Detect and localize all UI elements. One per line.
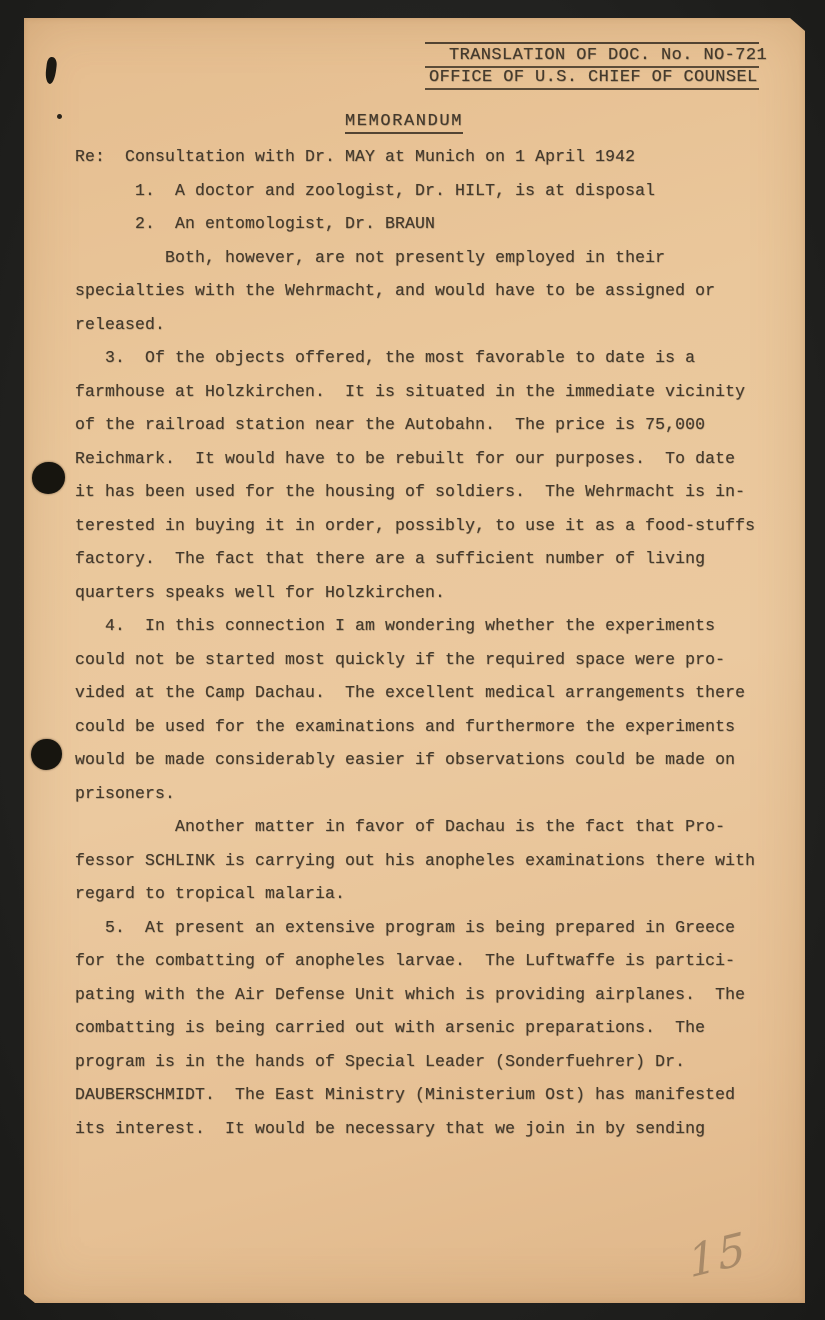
- memo-line: 1. A doctor and zoologist, Dr. HILT, is …: [75, 174, 787, 208]
- memo-line: 3. Of the objects offered, the most favo…: [75, 341, 787, 375]
- memo-line: 2. An entomologist, Dr. BRAUN: [75, 207, 787, 241]
- translation-header: TRANSLATION OF DOC. No. NO-721 OFFICE OF…: [425, 42, 759, 90]
- memo-line: vided at the Camp Dachau. The excellent …: [75, 676, 787, 710]
- memo-line: could not be started most quickly if the…: [75, 643, 787, 677]
- memo-line: specialties with the Wehrmacht, and woul…: [75, 274, 787, 308]
- memo-line: fessor SCHLINK is carrying out his anoph…: [75, 844, 787, 878]
- memo-line: Reichmark. It would have to be rebuilt f…: [75, 442, 787, 476]
- translation-doc-number: TRANSLATION OF DOC. No. NO-721: [425, 46, 759, 68]
- memo-line: of the railroad station near the Autobah…: [75, 408, 787, 442]
- ink-dot-mark: [57, 114, 62, 119]
- ink-blot-mark: [44, 56, 57, 84]
- pencil-page-number: 15: [686, 1223, 750, 1289]
- memo-line: terested in buying it in order, possibly…: [75, 509, 787, 543]
- memo-line: Another matter in favor of Dachau is the…: [75, 810, 787, 844]
- memo-title: MEMORANDUM: [345, 112, 463, 134]
- memo-line: its interest. It would be necessary that…: [75, 1112, 787, 1146]
- memo-line: could be used for the examinations and f…: [75, 710, 787, 744]
- memo-line: DAUBERSCHMIDT. The East Ministry (Minist…: [75, 1078, 787, 1112]
- photo-background: { "header": { "line1": "TRANSLATION OF D…: [0, 0, 825, 1320]
- memo-line: would be made considerably easier if obs…: [75, 743, 787, 777]
- document-page: TRANSLATION OF DOC. No. NO-721 OFFICE OF…: [24, 18, 805, 1303]
- memo-line: Re: Consultation with Dr. MAY at Munich …: [75, 140, 787, 174]
- memo-line: Both, however, are not presently employe…: [75, 241, 787, 275]
- memo-line: farmhouse at Holzkirchen. It is situated…: [75, 375, 787, 409]
- memo-line: pating with the Air Defense Unit which i…: [75, 978, 787, 1012]
- memo-line: 4. In this connection I am wondering whe…: [75, 609, 787, 643]
- memo-line: factory. The fact that there are a suffi…: [75, 542, 787, 576]
- memo-line: it has been used for the housing of sold…: [75, 475, 787, 509]
- memo-line: for the combatting of anopheles larvae. …: [75, 944, 787, 978]
- memo-line: program is in the hands of Special Leade…: [75, 1045, 787, 1079]
- memo-line: prisoners.: [75, 777, 787, 811]
- punch-hole: [32, 462, 65, 494]
- memo-line: released.: [75, 308, 787, 342]
- office-of-counsel-line: OFFICE OF U.S. CHIEF OF COUNSEL: [425, 68, 759, 90]
- memo-line: quarters speaks well for Holzkirchen.: [75, 576, 787, 610]
- punch-hole: [31, 739, 62, 770]
- memo-line: combatting is being carried out with ars…: [75, 1011, 787, 1045]
- memo-line: regard to tropical malaria.: [75, 877, 787, 911]
- memo-line: 5. At present an extensive program is be…: [75, 911, 787, 945]
- memo-body: Re: Consultation with Dr. MAY at Munich …: [75, 140, 787, 1145]
